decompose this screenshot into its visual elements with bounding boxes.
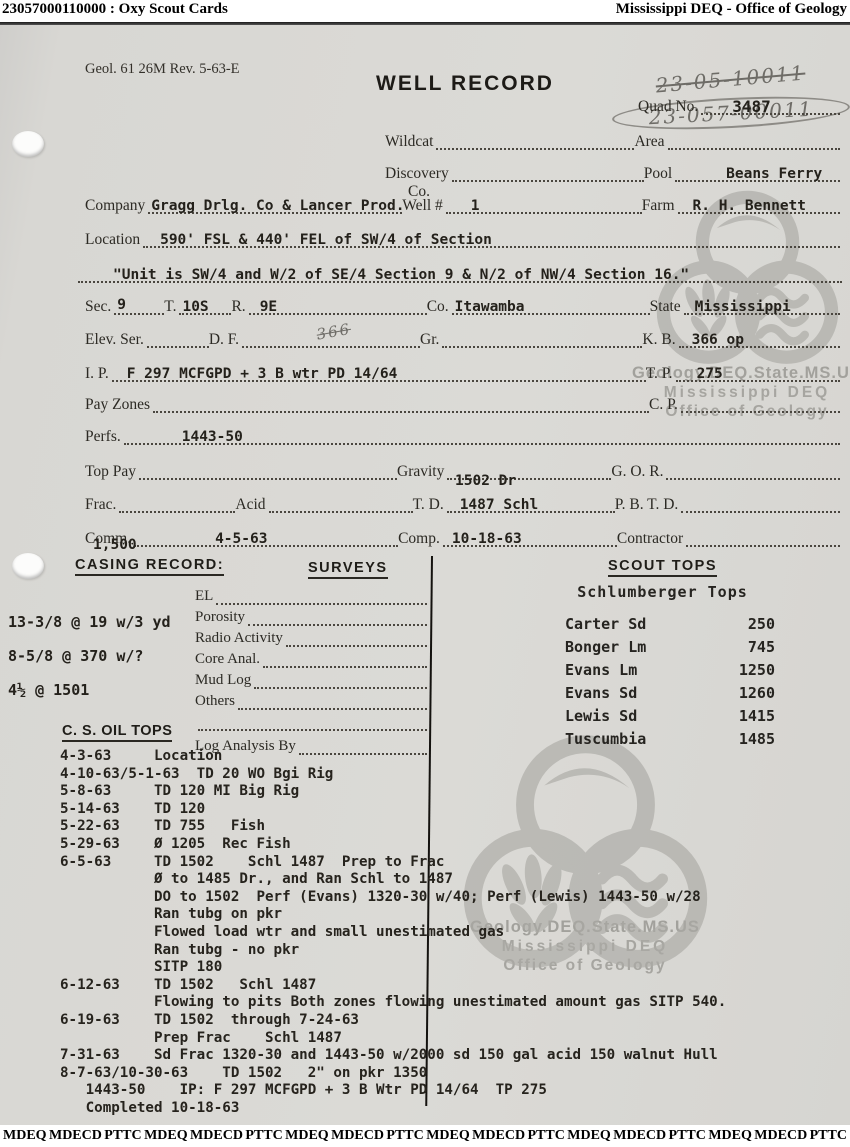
form-title: WELL RECORD xyxy=(375,72,555,96)
oil-tops-entry: Ø to 1485 Dr., and Ran Schl to 1487 xyxy=(60,871,726,889)
oil-tops-entry: 5-14-63 TD 120 xyxy=(60,801,726,819)
field-pool-label: Pool xyxy=(644,165,672,182)
footer-item: MDEQ xyxy=(567,1128,611,1144)
field-discovery-label: Discovery xyxy=(385,165,449,182)
field-location-label: Location xyxy=(85,231,140,248)
formation-depth: 745 xyxy=(715,638,775,661)
survey-row: Radio Activity xyxy=(195,626,427,647)
footer-item: MDEQ xyxy=(3,1128,47,1144)
field-location-value: 590' FSL & 440' FEL of SW/4 of Section xyxy=(146,232,492,248)
casing-record-heading: CASING RECORD: xyxy=(75,557,224,576)
oil-tops-entry: DO to 1502 Perf (Evans) 1320-30 w/40; Pe… xyxy=(60,889,726,907)
formation-depth: 1415 xyxy=(715,707,775,730)
footer-item: MDEQ xyxy=(426,1128,470,1144)
casing-entry: 4½ @ 1501 xyxy=(8,681,171,699)
field-county-value: Itawamba xyxy=(455,299,525,315)
unit-note: "Unit is SW/4 and W/2 of SE/4 Section 9 … xyxy=(81,267,689,283)
footer-item: MDECD xyxy=(754,1128,807,1144)
survey-label: Porosity xyxy=(195,609,245,626)
field-td-value: 1487 Schl xyxy=(450,497,539,513)
oil-tops-entry: 5-22-63 TD 755 Fish xyxy=(60,818,726,836)
scout-top-row: Lewis Sd 1415 xyxy=(540,707,785,730)
field-range-value: 9E xyxy=(252,299,277,315)
formation-depth: 1250 xyxy=(715,661,775,684)
field-township-value: 10S xyxy=(182,299,208,315)
casing-entries: 13-3/8 @ 19 w/3 yd8-5/8 @ 370 w/?4½ @ 15… xyxy=(8,613,171,715)
field-ip-value: F 297 MCFGPD + 3 B wtr PD 14/64 xyxy=(115,366,398,382)
scanned-page: Geology.DEQ.State.MS.US Mississippi DEQ … xyxy=(0,25,850,1125)
field-kb-label: K. B. xyxy=(642,331,675,348)
field-quad-label: Quad No. xyxy=(638,98,698,115)
scout-tops-subheading: Schlumberger Tops xyxy=(540,583,785,601)
scout-top-row: Evans Sd 1260 xyxy=(540,684,785,707)
oil-tops-entry: 4-10-63/5-1-63 TD 20 WO Bgi Rig xyxy=(60,766,726,784)
viewer-footer-bar: MDEQMDECDPTTCMDEQMDECDPTTCMDEQMDECDPTTCM… xyxy=(0,1125,850,1147)
scout-top-row: Evans Lm 1250 xyxy=(540,661,785,684)
field-wellno-value: 1 xyxy=(449,198,480,214)
scout-tops-table: Carter Sd 250 Bonger Lm 745 Evans Lm 125… xyxy=(540,615,785,753)
oil-tops-entry: Ran tubg on pkr xyxy=(60,906,726,924)
field-gr-label: Gr. xyxy=(420,331,439,348)
oil-tops-entry: 4-3-63 Location xyxy=(60,748,726,766)
survey-label: Core Anal. xyxy=(195,651,260,668)
casing-entry: 13-3/8 @ 19 w/3 yd xyxy=(8,613,171,631)
field-row-discovery: Discovery Pool Beans Ferry xyxy=(385,162,840,182)
survey-label: Others xyxy=(195,693,235,710)
oil-tops-entry: 5-29-63 Ø 1205 Rec Fish xyxy=(60,836,726,854)
field-row-elevation: Elev. Ser. D. F. 366 Gr. K. B. 366 op xyxy=(85,328,840,348)
scout-tops-heading: SCOUT TOPS xyxy=(608,558,717,577)
surveys-rows: EL Porosity Radio Activity Core Anal. Mu… xyxy=(195,584,427,731)
field-farm-label: Farm xyxy=(642,197,675,214)
footer-item: MDEQ xyxy=(144,1128,188,1144)
field-td-label: T. D. xyxy=(413,496,444,513)
field-gravity-label: Gravity xyxy=(397,463,444,480)
form-number: Geol. 61 26M Rev. 5-63-E xyxy=(85,61,240,78)
formation-name: Carter Sd xyxy=(565,615,646,638)
survey-row: Core Anal. xyxy=(195,647,427,668)
field-row-unit: "Unit is SW/4 and W/2 of SE/4 Section 9 … xyxy=(75,263,842,283)
field-cp-label: C. P. xyxy=(649,396,678,413)
field-quad: Quad No. 3487 xyxy=(638,95,840,115)
surveys-heading: SURVEYS xyxy=(308,560,388,579)
field-row-perfs: Perfs. 1443-50 xyxy=(85,425,840,445)
formation-name: Evans Lm xyxy=(565,661,637,684)
survey-label: Radio Activity xyxy=(195,630,283,647)
field-county-label: Co. xyxy=(427,298,449,315)
footer-item: PTTC xyxy=(104,1128,141,1144)
field-row-wildcat: Wildcat Area xyxy=(385,130,840,150)
oil-tops-log: 4-3-63 Location4-10-63/5-1-63 TD 20 WO B… xyxy=(60,748,726,1117)
field-state-value: Mississippi xyxy=(687,299,791,315)
footer-item: MDECD xyxy=(331,1128,384,1144)
field-td-value-above: 1502 Dr xyxy=(455,473,516,489)
oil-tops-entry: 5-8-63 TD 120 MI Big Rig xyxy=(60,783,726,801)
field-toppay-label: Top Pay xyxy=(85,463,136,480)
field-gor-label: G. O. R. xyxy=(611,463,663,480)
field-tp-value: 275 xyxy=(679,366,723,382)
survey-row: EL xyxy=(195,584,427,605)
footer-item: PTTC xyxy=(386,1128,423,1144)
scout-top-row: Bonger Lm 745 xyxy=(540,638,785,661)
field-payzones-label: Pay Zones xyxy=(85,396,150,413)
viewer-header-bar: 23057000110000 : Oxy Scout Cards Mississ… xyxy=(0,0,850,22)
field-kb-value: 366 op xyxy=(682,332,744,348)
field-contractor-label: Contractor xyxy=(617,530,683,547)
field-comp-label: Comp. xyxy=(398,530,440,547)
field-area-label: Area xyxy=(634,133,664,150)
scout-top-row: Carter Sd 250 xyxy=(540,615,785,638)
field-sec-label: Sec. xyxy=(85,298,111,315)
field-wildcat-label: Wildcat xyxy=(385,133,433,150)
field-tp-label: T. P. xyxy=(646,365,673,382)
field-row-section: Sec. 9 T. 10S R. 9E Co. Itawamba State M… xyxy=(85,295,840,315)
field-ip-label: I. P. xyxy=(85,365,109,382)
field-perfs-value: 1443-50 xyxy=(127,429,243,445)
oil-tops-entry: 1443-50 IP: F 297 MCFGPD + 3 B Wtr PD 14… xyxy=(60,1082,726,1100)
field-acid-label: Acid xyxy=(235,496,265,513)
field-comp-value: 10-18-63 xyxy=(446,531,522,547)
oil-tops-entry: 8-7-63/10-30-63 TD 1502 2" on pkr 1350 xyxy=(60,1065,726,1083)
field-sec-value: 9 xyxy=(117,297,126,313)
formation-name: Evans Sd xyxy=(565,684,637,707)
field-company-label: Company xyxy=(85,197,145,214)
oil-tops-heading: C. S. OIL TOPS xyxy=(62,723,172,742)
agency-title: Mississippi DEQ - Office of Geology xyxy=(616,1,847,18)
field-row-comm: Comm. 4-5-63 Comp. 10-18-63 Contractor xyxy=(85,527,840,547)
field-elevser-label: Elev. Ser. xyxy=(85,331,144,348)
survey-label: EL xyxy=(195,588,213,605)
footer-item: MDEQ xyxy=(285,1128,329,1144)
field-row-company: Company Gragg Drlg. Co & Lancer Prod. We… xyxy=(85,194,840,214)
field-row-ip: I. P. F 297 MCFGPD + 3 B wtr PD 14/64 T.… xyxy=(85,362,840,382)
footer-item: MDEQ xyxy=(708,1128,752,1144)
field-quad-value: 3487 xyxy=(704,99,771,115)
field-farm-value: R. H. Bennett xyxy=(681,198,807,214)
footer-item: PTTC xyxy=(669,1128,706,1144)
oil-tops-entry: Ran tubg - no pkr xyxy=(60,942,726,960)
field-state-label: State xyxy=(650,298,681,315)
survey-label: Mud Log xyxy=(195,672,251,689)
survey-row: Porosity xyxy=(195,605,427,626)
survey-row: Mud Log xyxy=(195,668,427,689)
footer-item: MDECD xyxy=(49,1128,102,1144)
footer-item: PTTC xyxy=(245,1128,282,1144)
footer-item: MDECD xyxy=(190,1128,243,1144)
form-content: Geol. 61 26M Rev. 5-63-E WELL RECORD 23-… xyxy=(0,25,850,1125)
field-perfs-label: Perfs. xyxy=(85,428,121,445)
oil-tops-entry: Completed 10-18-63 xyxy=(60,1100,726,1118)
footer-item: PTTC xyxy=(810,1128,847,1144)
field-company-value: Gragg Drlg. Co & Lancer Prod. xyxy=(151,198,404,214)
field-comm-value: 4-5-63 xyxy=(137,531,267,547)
oil-tops-entry: 6-19-63 TD 1502 through 7-24-63 xyxy=(60,1012,726,1030)
formation-depth: 1260 xyxy=(715,684,775,707)
field-wellno-label: Well # xyxy=(402,197,443,214)
field-df-scribble: 366 xyxy=(244,320,352,356)
field-row-location: Location 590' FSL & 440' FEL of SW/4 of … xyxy=(85,228,840,248)
oil-tops-entry: Flowing to pits Both zones flowing unest… xyxy=(60,994,726,1012)
casing-entry: 8-5/8 @ 370 w/? xyxy=(8,647,171,665)
field-township-label: T. xyxy=(164,298,176,315)
survey-row: Others xyxy=(195,689,427,710)
field-comm-note: 1,500 xyxy=(93,537,137,553)
oil-tops-entry: Prep Frac Schl 1487 xyxy=(60,1030,726,1048)
footer-item: PTTC xyxy=(527,1128,564,1144)
formation-name: Lewis Sd xyxy=(565,707,637,730)
oil-tops-entry: Flowed load wtr and small unestimated ga… xyxy=(60,924,726,942)
field-df-label: D. F. xyxy=(209,331,239,348)
field-row-payzones: Pay Zones C. P. xyxy=(85,393,840,413)
oil-tops-entry: 6-5-63 TD 1502 Schl 1487 Prep to Frac xyxy=(60,854,726,872)
field-range-label: R. xyxy=(231,298,245,315)
document-viewer: 23057000110000 : Oxy Scout Cards Mississ… xyxy=(0,0,850,1147)
field-row-frac: Frac. Acid T. D. 1487 Schl P. B. T. D. xyxy=(85,493,840,513)
oil-tops-entry: 7-31-63 Sd Frac 1320-30 and 1443-50 w/20… xyxy=(60,1047,726,1065)
field-pool-value: Beans Ferry xyxy=(678,166,822,182)
oil-tops-entry: 6-12-63 TD 1502 Schl 1487 xyxy=(60,977,726,995)
formation-depth: 250 xyxy=(715,615,775,638)
oil-tops-entry: SITP 180 xyxy=(60,959,726,977)
document-id: 23057000110000 : Oxy Scout Cards xyxy=(2,1,228,18)
footer-item: MDECD xyxy=(613,1128,666,1144)
surveys-list: EL Porosity Radio Activity Core Anal. Mu… xyxy=(195,584,427,755)
footer-item: MDECD xyxy=(472,1128,525,1144)
scout-tops-block: SCOUT TOPS Schlumberger Tops Carter Sd 2… xyxy=(540,558,785,753)
formation-name: Bonger Lm xyxy=(565,638,646,661)
field-frac-label: Frac. xyxy=(85,496,116,513)
survey-row xyxy=(195,710,427,731)
field-pbtd-label: P. B. T. D. xyxy=(615,496,679,513)
